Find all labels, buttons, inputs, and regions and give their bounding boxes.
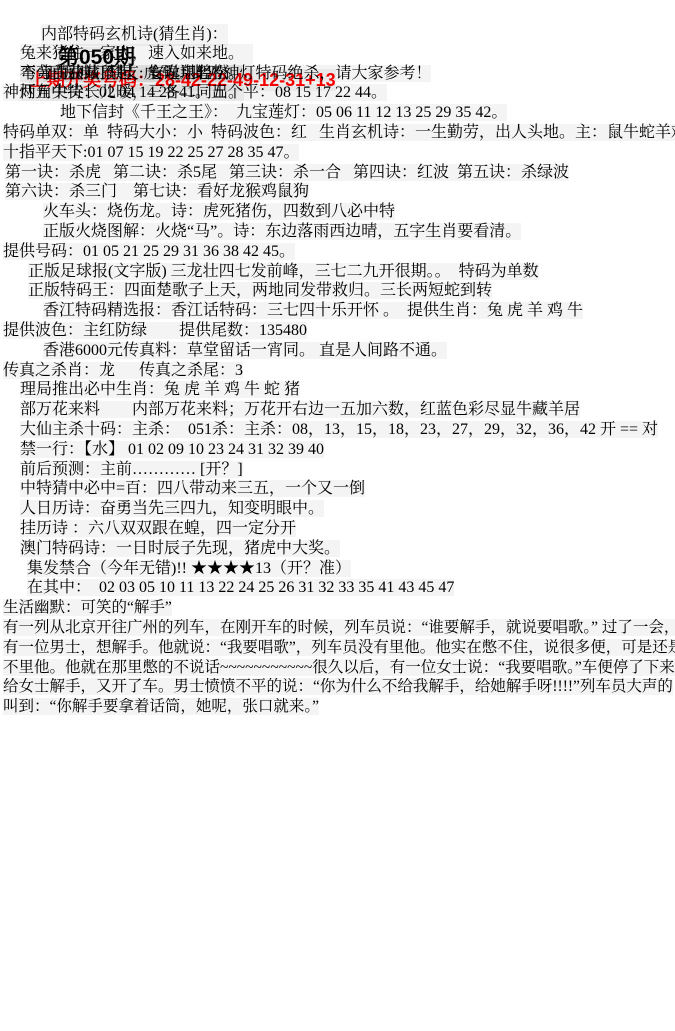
tip-line-chuanzhen-sha: 传真之杀肖：龙 传真之杀尾：3 xyxy=(0,361,675,381)
tip-line-jifa-jinhe: 集发禁合（今年无错)!! ★★★★13（开？准） xyxy=(0,559,675,579)
tip-line-huochetou: 火车头：烧伤龙。诗：虎死猪伤，四数到八必中特 xyxy=(0,202,675,222)
poem-left: 兔来猪住一家人，速入如来地。 xyxy=(20,44,253,64)
tip-line-zuqiubao: 正版足球报(文字版) 三龙壮四七发前峰，三七二九开很期。。 特码为单数 xyxy=(0,262,675,282)
tip-line-daxian-shama: 大仙主杀十码：主杀： 051杀：主杀：08，13，15，18，23，27，29，… xyxy=(0,420,675,440)
tip-line-zhongte-cai: 中特猜中必中=百：四八带动来三五，一个又一倒 xyxy=(0,479,675,499)
tip-line-tigong-haoma: 提供号码：01 05 21 25 29 31 36 38 42 45。 xyxy=(0,242,675,262)
tip-line-xiangjiang-report: 香江特码精选报：香江话特码：三七四十乐开怀 。 提供生肖：兔 虎 羊 鸡 牛 xyxy=(0,301,675,321)
humor-text-line: 不里他。他就在那里憋的不说话~~~~~~~~~~~很久以后，有一位女士说：“我要… xyxy=(0,658,675,678)
tip-line-shizhi-numbers: 十指平天下:01 07 15 19 22 25 27 28 35 47。 xyxy=(0,143,675,163)
humor-text-line: 叫到：“你解手要拿着话筒，她呢，张口就来。” xyxy=(0,697,675,717)
tip-line-jinyihang: 禁一行：【水】 01 02 09 10 23 24 31 32 39 40 xyxy=(0,440,675,460)
humor-text-line: 给女士解手，又开了车。男士愤愤不平的说：“你为什么不给我解手，给她解手呀!!!!… xyxy=(0,677,675,697)
tip-line-qianhou-yuce: 前后预测：主前………… [开？] xyxy=(0,460,675,480)
tip-line-aomen-temashi: 澳门特码诗：一日时辰子先现，猪虎中大奖。 xyxy=(0,539,675,559)
tip-line-shendeng-numbers: 神灯五中特：02 04 14 28 41。五个平：08 15 17 22 44。 xyxy=(0,83,675,103)
tip-line-temawang: 正版特码王：四面楚歌子上天，两地同发带救归。三长两短蛇到转 xyxy=(0,281,675,301)
humor-text-line: 有一列从北京开往广州的列车，在刚开车的时候，列车员说：“谁要解手，就说要唱歌。”… xyxy=(0,618,675,638)
tip-line-gualishi: 挂历诗 ：六八双双跟在蝗，四一定分开 xyxy=(0,519,675,539)
tip-line-dixia-xinfeng: 地下信封《千王之王》： 九宝莲灯：05 06 11 12 13 25 29 35… xyxy=(0,103,675,123)
tip-line-liju-shengxiao: 理局推出必中生肖：兔 虎 羊 鸡 牛 蛇 猪 xyxy=(0,380,675,400)
tip-line-wanhua-lailiao: 部万花来料 内部万花来料；万花开右边一五加六数，红蓝色彩尽显牛藏羊居 xyxy=(0,400,675,420)
tip-line-bose-weishu: 提供波色：主红防绿 提供尾数：135480 xyxy=(0,321,675,341)
tip-line-tema-attributes: 特码单双：单 特码大小：小 特码波色：红 生肖玄机诗：一生勤劳，出人头地。主：鼠… xyxy=(0,123,675,143)
lottery-tip-sheet: 内部特码玄机诗(猜生肖)： 第050期 上期开奖号码：28-42-22-49-1… xyxy=(0,0,675,1031)
tip-line-shendeng-ban: 正版神灯禁支:虎马。此乃神灯特码绝杀，请大家参考！ xyxy=(0,64,675,84)
humor-text-line: 有一位男士，想解手。他就说：“我要唱歌”，列车员没有里他。他实在憋不住，说很多便… xyxy=(0,638,675,658)
tip-line-zaiqizhong-numbers: 在其中： 02 03 05 10 11 13 22 24 25 26 31 32… xyxy=(0,578,675,598)
tip-line-renrili-shi: 人日历诗：奋勇当先三四九，知变明眼中。 xyxy=(0,499,675,519)
tip-line-chuanzhen-liao: 香港6000元传真料：草堂留话一宵同。 直是人间路不通。 xyxy=(0,341,675,361)
header-row: 内部特码玄机诗(猜生肖)： 第050期 上期开奖号码：28-42-22-49-1… xyxy=(0,0,675,24)
tip-line-jue-1-5: 第一诀：杀虎 第二诀：杀5尾 第三诀：杀一合 第四诀：红波 第五诀：杀绿波 xyxy=(0,163,675,183)
tip-line-huoshao-tujie: 正版火烧图解：火烧“马”。诗：东边落雨西边晴，五字生肖要看清。 xyxy=(0,222,675,242)
humor-title: 生活幽默：可笑的“解手” xyxy=(0,598,675,618)
tip-line-jue-6-7: 第六诀：杀三门 第七诀：看好龙猴鸡鼠狗 xyxy=(0,182,675,202)
